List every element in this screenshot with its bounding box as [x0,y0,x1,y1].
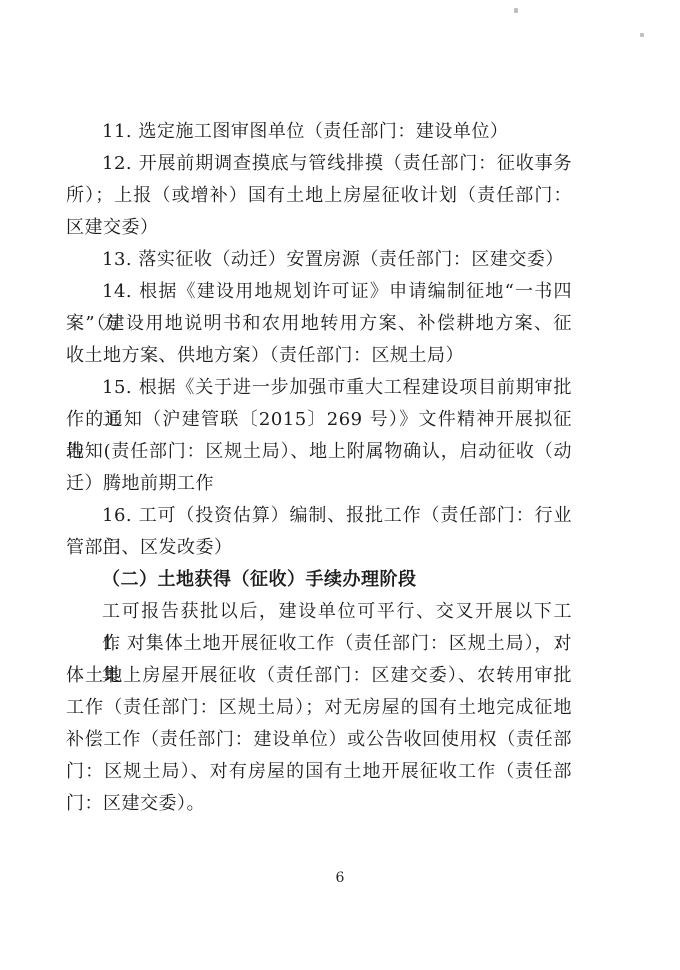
text-line: 案”（建设用地说明书和农用地转用方案、补偿耕地方案、征 [66,308,572,340]
text-line: 13. 落实征收（动迁）安置房源（责任部门：区建交委） [66,244,572,276]
page-number: 6 [0,870,680,886]
text-line: 12. 开展前期调查摸底与管线排摸（责任部门：征收事务 [66,148,572,180]
text-line: 门：区建交委）。 [66,788,572,820]
scan-artifact [514,8,518,13]
text-line: 告知(责任部门：区规土局）、地上附属物确认，启动征收（动 [66,436,572,468]
text-line: 15. 根据《关于进一步加强市重大工程建设项目前期审批工 [66,372,572,404]
text-line: 14. 根据《建设用地规划许可证》申请编制征地“一书四方 [66,276,572,308]
text-line: 管部门、区发改委） [66,532,572,564]
section-heading-line: （二）土地获得（征收）手续办理阶段 [66,564,572,596]
text-line: 收土地方案、供地方案）（责任部门：区规土局） [66,340,572,372]
text-line: 工作（责任部门：区规土局）；对无房屋的国有土地完成征地 [66,692,572,724]
text-line: 门：区规土局）、对有房屋的国有土地开展征收工作（责任部 [66,756,572,788]
text-line: 1. 对集体土地开展征收工作（责任部门：区规土局），对集 [66,628,572,660]
text-line: 体土地上房屋开展征收（责任部门：区建交委）、农转用审批 [66,660,572,692]
text-line: 区建交委） [66,212,572,244]
scan-artifact [640,33,644,37]
document-text-block: 11. 选定施工图审图单位（责任部门：建设单位）12. 开展前期调查摸底与管线排… [66,116,572,820]
text-line: 所）；上报（或增补）国有土地上房屋征收计划（责任部门： [66,180,572,212]
text-line: 16. 工可（投资估算）编制、报批工作（责任部门：行业主 [66,500,572,532]
text-line: 11. 选定施工图审图单位（责任部门：建设单位） [66,116,572,148]
text-line: 工可报告获批以后，建设单位可平行、交叉开展以下工作： [66,596,572,628]
text-line: 补偿工作（责任部门：建设单位）或公告收回使用权（责任部 [66,724,572,756]
text-line: 作的通知（沪建管联〔2015〕269 号）》文件精神开展拟征地 [66,404,572,436]
text-line: 迁）腾地前期工作 [66,468,572,500]
document-page: 11. 选定施工图审图单位（责任部门：建设单位）12. 开展前期调查摸底与管线排… [0,0,680,970]
